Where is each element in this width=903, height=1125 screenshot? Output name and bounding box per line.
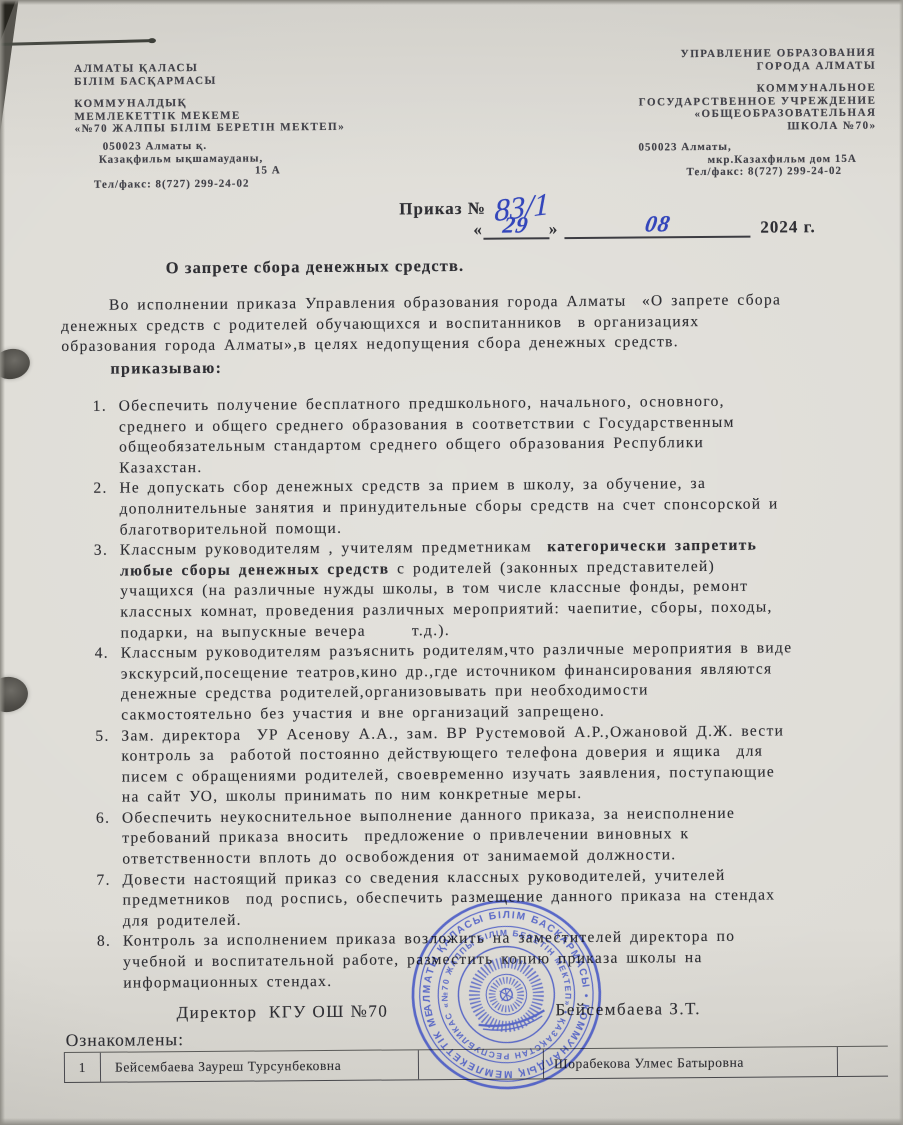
item-number: 4. (95, 644, 122, 727)
ack-row-number: 1 (64, 1053, 101, 1082)
item-text-pre: Классным руководителям разъяснить родите… (121, 639, 793, 723)
ack-signature-cell (838, 1047, 888, 1076)
order-item: 5. Зам. директора УР Асенову А.А., зам. … (64, 720, 883, 809)
address-right-line: Тел/факс: 8(727) 299-24-02 (517, 165, 857, 180)
item-text-pre: Обеспечить получение бесплатного предшко… (119, 393, 735, 477)
scan-edge-bottom (0, 1118, 903, 1125)
item-text: Обеспечить получение бесплатного предшко… (119, 391, 881, 479)
date-month-handwritten: 08 (643, 212, 672, 236)
order-item: 3. Классным руководителям , учителям пре… (63, 535, 882, 644)
letterhead-left-inst-line: «№70 ЖАЛПЫ БІЛІМ БЕРЕТІН МЕКТЕП» (75, 120, 435, 135)
scanned-order-document: АЛМАТЫ ҚАЛАСЫ БІЛІМ БАСҚАРМАСЫ КОММУНАЛД… (0, 0, 903, 1125)
item-text-pre: Классным руководителям , учителям предме… (120, 538, 548, 558)
address-right: 050023 Алматы, мкр.Казахфильм дом 15А Те… (517, 140, 857, 180)
item-number: 2. (93, 479, 119, 541)
order-item: 4. Классным руководителям разъяснить род… (64, 638, 883, 727)
date-year: 2024 г. (760, 217, 815, 237)
item-number: 1. (93, 397, 120, 480)
item-text: Зам. директора УР Асенову А.А., зам. ВР … (121, 720, 883, 808)
item-text: Классным руководителям , учителям предме… (120, 535, 882, 644)
order-item: 6. Обеспечить неукоснительное выполнение… (65, 802, 883, 870)
item-number: 7. (96, 870, 122, 932)
intro-paragraph: Во исполнении приказа Управления образов… (61, 290, 875, 358)
scan-edge-top (0, 0, 903, 5)
address-left: 050023 Алматы қ. Казақфильм ықшамауданы,… (94, 139, 344, 191)
letterhead-right-inst-line: ШКОЛА №70» (515, 119, 877, 134)
item-text: Обеспечить неукоснительное выполнение да… (122, 802, 883, 870)
order-item: 1. Обеспечить получение бесплатного пред… (62, 391, 881, 480)
item-number: 5. (95, 726, 122, 809)
signature-role: Директор КГУ ОШ №70 (176, 1002, 388, 1024)
official-stamp: АЛМАТЫ ҚАЛАСЫ БІЛІМ БАСҚАРМАСЫ • КОММУНА… (386, 874, 627, 1115)
order-item: 2. Не допускать сбор денежных средств за… (62, 473, 880, 541)
item-text-pre: Обеспечить неукоснительное выполнение да… (122, 805, 735, 868)
document-content: АЛМАТЫ ҚАЛАСЫ БІЛІМ БАСҚАРМАСЫ КОММУНАЛД… (0, 0, 903, 1125)
item-number: 6. (96, 808, 122, 870)
item-text-pre: Зам. директора УР Асенову А.А., зам. ВР … (121, 722, 784, 806)
date-close-quote: » (549, 219, 559, 239)
item-text: Не допускать сбор денежных средств за пр… (119, 473, 880, 541)
order-date-line: « 29 » 08 2024 г. (473, 211, 816, 240)
item-number: 3. (94, 541, 121, 644)
directive-word: приказываю: (110, 360, 222, 379)
address-left-line: Тел/факс: 8(727) 299-24-02 (94, 176, 344, 190)
date-day-handwritten: 29 (501, 213, 530, 237)
scan-edge-right (899, 0, 903, 1125)
ack-name-left: Бейсембаева Зауреш Турсунбековна (101, 1050, 419, 1081)
letterhead-left: АЛМАТЫ ҚАЛАСЫ БІЛІМ БАСҚАРМАСЫ КОММУНАЛД… (74, 60, 435, 135)
item-text-pre: Не допускать сбор денежных средств за пр… (119, 475, 778, 538)
date-open-quote: « (473, 220, 483, 240)
date-day-field: 29 (483, 213, 549, 240)
document-title: О запрете сбора денежных средств. (166, 256, 465, 278)
scan-edge-left (0, 0, 5, 1125)
item-number: 8. (97, 932, 123, 994)
letterhead-right: УПРАВЛЕНИЕ ОБРАЗОВАНИЯ ГОРОДА АЛМАТЫ КОМ… (514, 47, 877, 135)
acknowledged-label: Ознакомлены: (66, 1029, 184, 1051)
item-text: Классным руководителям разъяснить родите… (121, 638, 883, 726)
date-month-field: 08 (564, 212, 750, 239)
